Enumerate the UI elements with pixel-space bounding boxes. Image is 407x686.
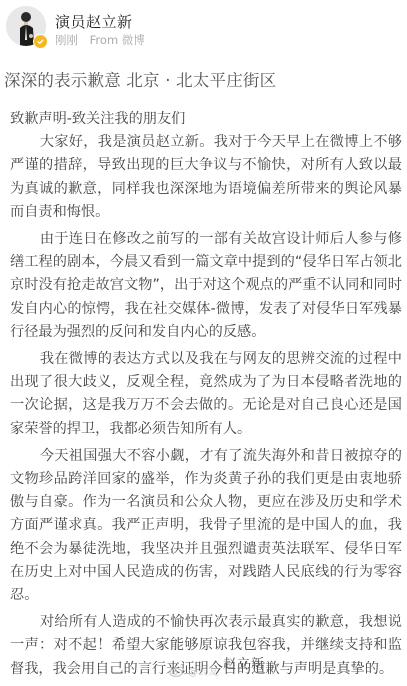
statement-title: 致歉声明-致关注我的朋友们 <box>10 108 402 131</box>
attached-image-statement[interactable]: 致歉声明-致关注我的朋友们 大家好，我是演员赵立新。我对于今天早上在微博上不够严… <box>10 108 402 685</box>
post-header: 演员赵立新 刚刚 From 微博 <box>0 0 407 56</box>
post-meta: 刚刚 From 微博 <box>55 32 153 48</box>
statement-paragraph: 由于连日在修改之前写的一部有关故宫设计师后人参与修缮工程的剧本，今晨又看到一篇文… <box>10 228 402 344</box>
statement-paragraph: 我在微博的表达方式以及我在与网友的思辨交流的过程中出现了很大歧义，反观全程，竟然… <box>10 348 402 441</box>
statement-footer: @云友 赵立新 <box>165 653 325 681</box>
author-name[interactable]: 演员赵立新 <box>55 11 133 32</box>
location-link[interactable]: 北京 · 北太平庄街区 <box>126 71 276 90</box>
post-source: From 微博 <box>90 33 145 47</box>
statement-paragraph: 今天祖国强大不容小觑，才有了流失海外和昔日被掠夺的文物珍品跨洋回家的盛举，作为炎… <box>10 445 402 607</box>
signature: 赵立新 <box>223 653 265 672</box>
watermark: @云友 <box>169 663 218 678</box>
statement-paragraph: 大家好，我是演员赵立新。我对于今天早上在微博上不够严谨的措辞，导致出现的巨大争议… <box>10 131 402 224</box>
post-time: 刚刚 <box>55 33 78 47</box>
watermark-text: @云友 <box>188 663 218 678</box>
weibo-logo-icon <box>169 665 185 677</box>
post-text: 深深的表示歉意 <box>4 71 121 90</box>
verified-badge-icon <box>33 34 48 49</box>
post-body: 深深的表示歉意 北京 · 北太平庄街区 <box>4 67 276 91</box>
